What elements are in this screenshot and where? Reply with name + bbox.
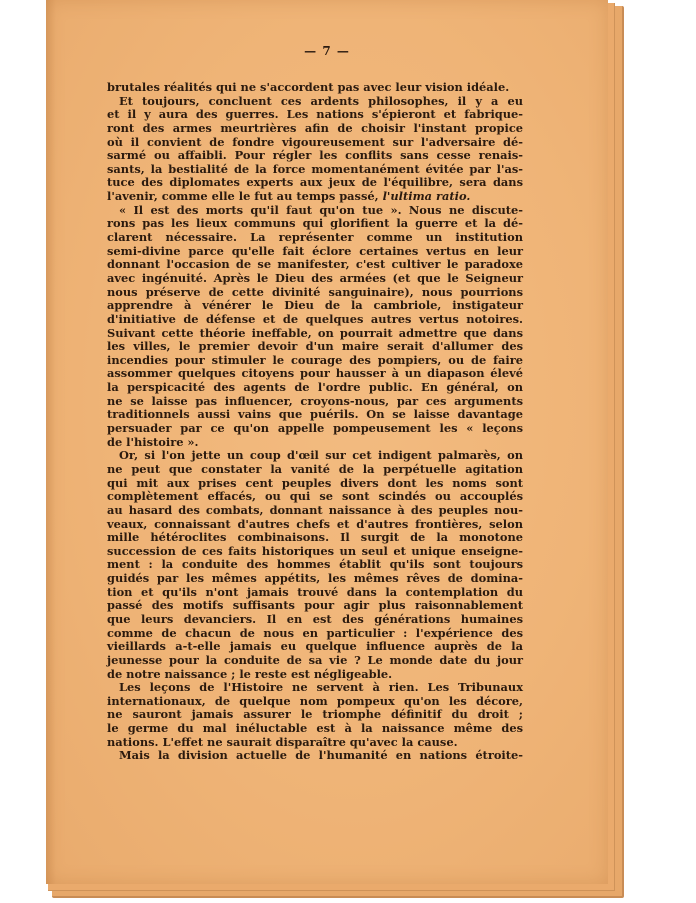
text-line-content: les villes, le premier devoir d'un maire… xyxy=(107,339,523,353)
text-line: Or, si l'on jette un coup d'œil sur cet … xyxy=(107,449,523,463)
text-line-content: ne peut que constater la vanité de la pe… xyxy=(107,462,523,476)
text-line: incendies pour stimuler le courage des p… xyxy=(107,354,523,368)
text-line: Mais la division actuelle de l'humanité … xyxy=(107,749,523,763)
text-line-content: mille hétéroclites combinaisons. Il surg… xyxy=(107,530,523,544)
body-text: brutales réalités qui ne s'accordent pas… xyxy=(107,81,523,763)
text-line-content: Et toujours, concluent ces ardents philo… xyxy=(119,94,523,108)
text-line: tuce des diplomates experts aux jeux de … xyxy=(107,176,523,190)
text-line-content: sants, la bestialité de la force momenta… xyxy=(107,162,523,176)
text-line: assommer quelques citoyens pour hausser … xyxy=(107,367,523,381)
text-line-content: comme de chacun de nous en particulier :… xyxy=(107,626,523,640)
text-line: mille hétéroclites combinaisons. Il surg… xyxy=(107,531,523,545)
text-line: donnant l'occasion de se manifester, c'e… xyxy=(107,258,523,272)
text-line-content: ront des armes meurtrières afin de chois… xyxy=(107,121,523,135)
text-line: guidés par les mêmes appétits, les mêmes… xyxy=(107,572,523,586)
text-line-content: au hasard des combats, donnant naissance… xyxy=(107,503,523,517)
text-line: avec ingénuité. Après le Dieu des armées… xyxy=(107,272,523,286)
text-line-content: nations. L'effet ne saurait disparaître … xyxy=(107,735,458,749)
text-line: jeunesse pour la conduite de sa vie ? Le… xyxy=(107,654,523,668)
text-line: nations. L'effet ne saurait disparaître … xyxy=(107,736,523,750)
text-line-content: brutales réalités qui ne s'accordent pas… xyxy=(107,80,509,94)
page-spine-shadow xyxy=(46,0,56,884)
text-line: persuader par ce qu'on appelle pompeusem… xyxy=(107,422,523,436)
text-line: au hasard des combats, donnant naissance… xyxy=(107,504,523,518)
text-line-content: internationaux, de quelque nom pompeux q… xyxy=(107,694,523,708)
text-line-content: sarmé ou affaibli. Pour régler les confl… xyxy=(107,148,523,162)
text-line: Les leçons de l'Histoire ne servent à ri… xyxy=(107,681,523,695)
text-line-content: veaux, connaissant d'autres chefs et d'a… xyxy=(107,517,523,531)
text-line: ne peut que constater la vanité de la pe… xyxy=(107,463,523,477)
text-line: ne se laisse pas influencer, croyons-nou… xyxy=(107,395,523,409)
text-line-content: et il y aura des guerres. Les nations s'… xyxy=(107,107,523,121)
text-line: clarent nécessaire. La représenter comme… xyxy=(107,231,523,245)
text-line: nous préserve de cette divinité sanguina… xyxy=(107,286,523,300)
text-line-content: le germe du mal inéluctable est à la nai… xyxy=(107,721,523,735)
page-number: — 7 — xyxy=(46,44,608,58)
text-line-content: Suivant cette théorie ineffable, on pour… xyxy=(107,326,523,340)
text-line-content: qui mit aux prises cent peuples divers d… xyxy=(107,476,523,490)
text-line: Et toujours, concluent ces ardents philo… xyxy=(107,95,523,109)
text-line-content: persuader par ce qu'on appelle pompeusem… xyxy=(107,421,523,435)
text-line: de notre naissance ; le reste est néglig… xyxy=(107,668,523,682)
text-line: et il y aura des guerres. Les nations s'… xyxy=(107,108,523,122)
text-line: brutales réalités qui ne s'accordent pas… xyxy=(107,81,523,95)
text-line-content: incendies pour stimuler le courage des p… xyxy=(107,353,523,367)
text-line-content: semi-divine parce qu'elle fait éclore ce… xyxy=(107,244,523,258)
text-line: traditionnels aussi vains que puérils. O… xyxy=(107,408,523,422)
text-line: apprendre à vénérer le Dieu de la cambri… xyxy=(107,299,523,313)
text-line: le germe du mal inéluctable est à la nai… xyxy=(107,722,523,736)
text-line: où il convient de fondre vigoureusement … xyxy=(107,136,523,150)
text-line: qui mit aux prises cent peuples divers d… xyxy=(107,477,523,491)
text-line: veaux, connaissant d'autres chefs et d'a… xyxy=(107,518,523,532)
text-line: ront des armes meurtrières afin de chois… xyxy=(107,122,523,136)
text-line-content: ne se laisse pas influencer, croyons-nou… xyxy=(107,394,523,408)
text-line: complètement effacés, ou qui se sont sci… xyxy=(107,490,523,504)
text-line-content: ne sauront jamais assurer le triomphe dé… xyxy=(107,707,523,721)
text-line: passé des motifs suffisants pour agir pl… xyxy=(107,599,523,613)
text-line-content: que leurs devanciers. Il en est des géné… xyxy=(107,612,523,626)
text-line-content: d'initiative de défense et de quelques a… xyxy=(107,312,523,326)
text-line-content: succession de ces faits historiques un s… xyxy=(107,544,523,558)
text-line-content: Mais la division actuelle de l'humanité … xyxy=(119,748,523,762)
text-line: les villes, le premier devoir d'un maire… xyxy=(107,340,523,354)
text-line-content: vieillards a-t-elle jamais eu quelque in… xyxy=(107,639,523,653)
text-line-content: donnant l'occasion de se manifester, c'e… xyxy=(107,257,523,271)
text-line: rons pas les lieux communs qui glorifien… xyxy=(107,217,523,231)
text-line-content: Or, si l'on jette un coup d'œil sur cet … xyxy=(119,448,523,462)
text-line: d'initiative de défense et de quelques a… xyxy=(107,313,523,327)
italic-phrase: l'ultima ratio. xyxy=(383,189,471,203)
text-line-content: la perspicacité des agents de l'ordre pu… xyxy=(107,380,523,394)
text-line-content: tuce des diplomates experts aux jeux de … xyxy=(107,175,523,189)
text-line-content: apprendre à vénérer le Dieu de la cambri… xyxy=(107,298,523,312)
text-line: sants, la bestialité de la force momenta… xyxy=(107,163,523,177)
text-line-content: tion et qu'ils n'ont jamais trouvé dans … xyxy=(107,585,523,599)
text-line-content: assommer quelques citoyens pour hausser … xyxy=(107,366,523,380)
text-line-content: l'avenir, comme elle le fut au temps pas… xyxy=(107,189,383,203)
text-line: tion et qu'ils n'ont jamais trouvé dans … xyxy=(107,586,523,600)
text-line: ne sauront jamais assurer le triomphe dé… xyxy=(107,708,523,722)
text-line: sarmé ou affaibli. Pour régler les confl… xyxy=(107,149,523,163)
text-line: vieillards a-t-elle jamais eu quelque in… xyxy=(107,640,523,654)
text-line: que leurs devanciers. Il en est des géné… xyxy=(107,613,523,627)
text-line-content: clarent nécessaire. La représenter comme… xyxy=(107,230,523,244)
text-line-content: passé des motifs suffisants pour agir pl… xyxy=(107,598,523,612)
text-line-content: rons pas les lieux communs qui glorifien… xyxy=(107,216,523,230)
text-line: de l'histoire ». xyxy=(107,436,523,450)
text-line: internationaux, de quelque nom pompeux q… xyxy=(107,695,523,709)
text-line-content: traditionnels aussi vains que puérils. O… xyxy=(107,407,523,421)
text-line-content: de notre naissance ; le reste est néglig… xyxy=(107,667,392,681)
text-line-content: jeunesse pour la conduite de sa vie ? Le… xyxy=(107,653,523,667)
text-line-content: Les leçons de l'Histoire ne servent à ri… xyxy=(119,680,523,694)
text-line-content: complètement effacés, ou qui se sont sci… xyxy=(107,489,523,503)
text-line: la perspicacité des agents de l'ordre pu… xyxy=(107,381,523,395)
text-line: l'avenir, comme elle le fut au temps pas… xyxy=(107,190,523,204)
text-line: « Il est des morts qu'il faut qu'on tue … xyxy=(107,204,523,218)
text-line-content: nous préserve de cette divinité sanguina… xyxy=(107,285,523,299)
text-line-content: guidés par les mêmes appétits, les mêmes… xyxy=(107,571,523,585)
text-line-content: avec ingénuité. Après le Dieu des armées… xyxy=(107,271,523,285)
text-line: Suivant cette théorie ineffable, on pour… xyxy=(107,327,523,341)
text-line: succession de ces faits historiques un s… xyxy=(107,545,523,559)
text-line-content: de l'histoire ». xyxy=(107,435,199,449)
text-line-content: où il convient de fondre vigoureusement … xyxy=(107,135,523,149)
text-line: semi-divine parce qu'elle fait éclore ce… xyxy=(107,245,523,259)
text-line-content: ment : la conduite des hommes établit qu… xyxy=(107,557,523,571)
text-line: comme de chacun de nous en particulier :… xyxy=(107,627,523,641)
text-line: ment : la conduite des hommes établit qu… xyxy=(107,558,523,572)
text-line-content: « Il est des morts qu'il faut qu'on tue … xyxy=(119,203,523,217)
